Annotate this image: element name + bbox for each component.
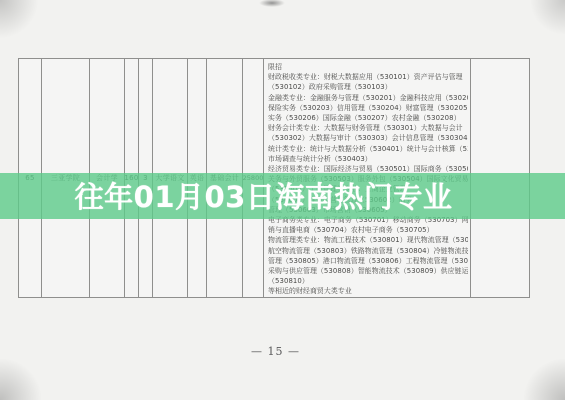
detail-line: 市场调查与统计分析（530403） xyxy=(268,154,468,164)
detail-line: 统计类专业：统计与大数据分析（530401）统计与会计核算（530402） xyxy=(268,144,468,154)
detail-line: 财务会计类专业：大数据与财务管理（530301）大数据与会计 xyxy=(268,123,468,133)
detail-line: 财政税收类专业：财税大数据应用（530101）资产评估与管理 xyxy=(268,72,468,82)
detail-line: 等相近的财经商贸大类专业 xyxy=(268,286,468,296)
detail-line: 航空物流管理（530803）铁路物流管理（530804）冷链物流技术与 xyxy=(268,246,468,256)
detail-line: 采购与供应管理（530808）智能物流技术（530809）供应链运营 xyxy=(268,266,468,276)
detail-line: 物流管理类专业：物流工程技术（530801）现代物流管理（530802） xyxy=(268,235,468,245)
detail-line: 保险实务（530203）信用管理（530204）财富管理（530205）证券 xyxy=(268,103,468,113)
watermark-title: 往年01月03日海南热门专业 xyxy=(75,175,453,216)
detail-line: （530810） xyxy=(268,276,468,286)
detail-line: 销与直播电商（530704）农村电子商务（530705） xyxy=(268,225,468,235)
detail-line: 金融类专业：金融服务与管理（530201）金融科技应用（530202） xyxy=(268,93,468,103)
scanned-document-page: 65 三亚学院 会计学 160 3 大学语文 英语 基础会计 25800 限招财… xyxy=(0,0,565,400)
detail-line: （530302）大数据与审计（530303）会计信息管理（530304） xyxy=(268,133,468,143)
detail-line: 限招 xyxy=(268,62,468,72)
detail-line: 实务（530206）国际金融（530207）农村金融（530208） xyxy=(268,113,468,123)
detail-line: 管理（530805）港口物流管理（530806）工程物流管理（530807） xyxy=(268,256,468,266)
watermark-banner: 往年01月03日海南热门专业 xyxy=(0,173,565,219)
detail-line: （530102）政府采购管理（530103） xyxy=(268,82,468,92)
page-number: — 15 — xyxy=(0,345,558,358)
